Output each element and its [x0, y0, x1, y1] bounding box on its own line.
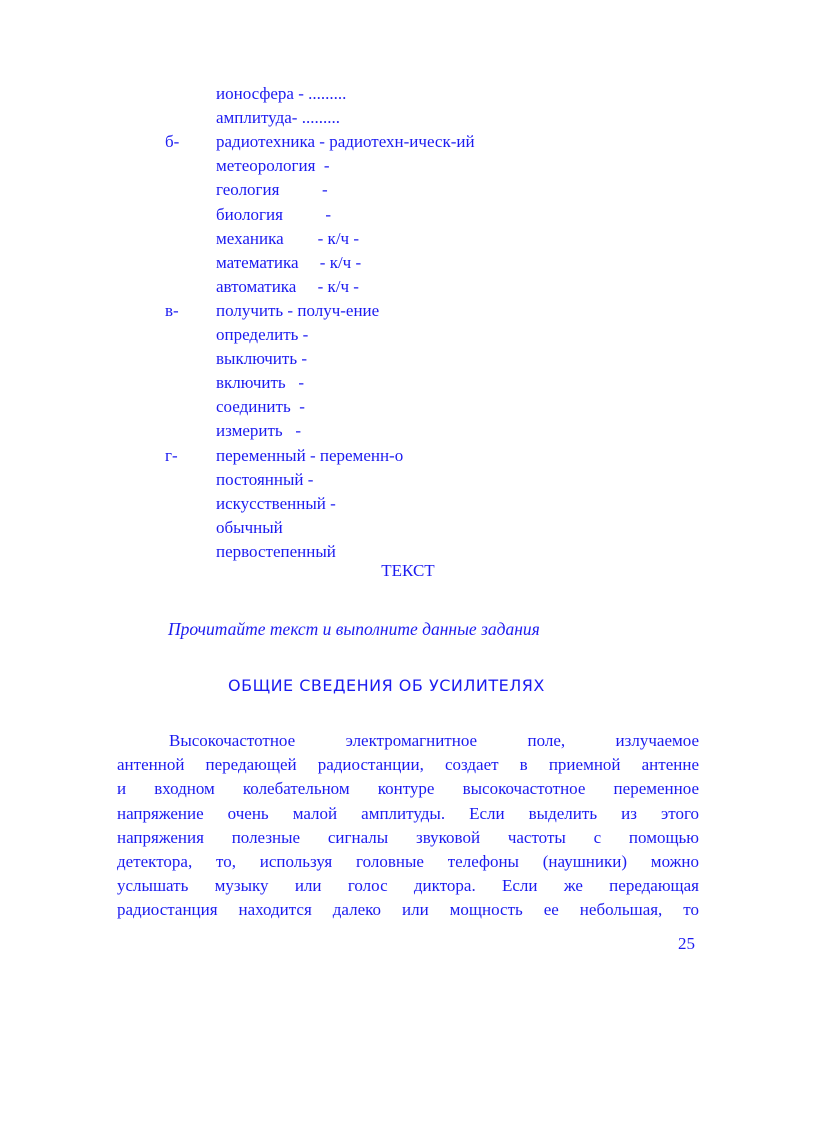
exercise-item: обычный: [216, 518, 283, 538]
article-paragraph: Высокочастотное электромагнитное поле, и…: [117, 729, 699, 923]
exercise-item: постоянный -: [216, 470, 313, 490]
exercise-marker: б-: [165, 132, 179, 152]
article-title: ОБЩИЕ СВЕДЕНИЯ ОБ УСИЛИТЕЛЯХ: [228, 676, 545, 696]
exercise-item: биология -: [216, 205, 331, 225]
paragraph-line: и входном колебательном контуре высокоча…: [117, 777, 699, 801]
exercise-item: определить -: [216, 325, 308, 345]
exercise-item: автоматика - к/ч -: [216, 277, 359, 297]
exercise-item: математика - к/ч -: [216, 253, 361, 273]
exercise-item: метеорология -: [216, 156, 330, 176]
text-label: ТЕКСТ: [0, 561, 816, 581]
exercise-marker: г-: [165, 446, 178, 466]
exercise-item: искусственный -: [216, 494, 336, 514]
paragraph-line: напряжение очень малой амплитуды. Если в…: [117, 802, 699, 826]
exercise-item: ионосфера - .........: [216, 84, 346, 104]
exercise-item: амплитуда- .........: [216, 108, 340, 128]
paragraph-line: антенной передающей радиостанции, создае…: [117, 753, 699, 777]
exercise-item: измерить -: [216, 421, 301, 441]
exercise-item: соединить -: [216, 397, 305, 417]
paragraph-line: детектора, то, используя головные телефо…: [117, 850, 699, 874]
exercise-item: радиотехника - радиотехн-ическ-ий: [216, 132, 475, 152]
exercise-item: переменный - переменн-о: [216, 446, 403, 466]
exercise-marker: в-: [165, 301, 179, 321]
exercise-item: первостепенный: [216, 542, 336, 562]
paragraph-line: Высокочастотное электромагнитное поле, и…: [117, 729, 699, 753]
paragraph-line: радиостанция находится далеко или мощнос…: [117, 898, 699, 922]
exercise-item: механика - к/ч -: [216, 229, 359, 249]
exercise-item: выключить -: [216, 349, 307, 369]
exercise-item: геология -: [216, 180, 328, 200]
exercise-item: получить - получ-ение: [216, 301, 379, 321]
instruction: Прочитайте текст и выполните данные зада…: [168, 619, 540, 639]
exercise-item: включить -: [216, 373, 304, 393]
paragraph-line: услышать музыку или голос диктора. Если …: [117, 874, 699, 898]
paragraph-line: напряжения полезные сигналы звуковой час…: [117, 826, 699, 850]
page-number: 25: [678, 934, 695, 954]
